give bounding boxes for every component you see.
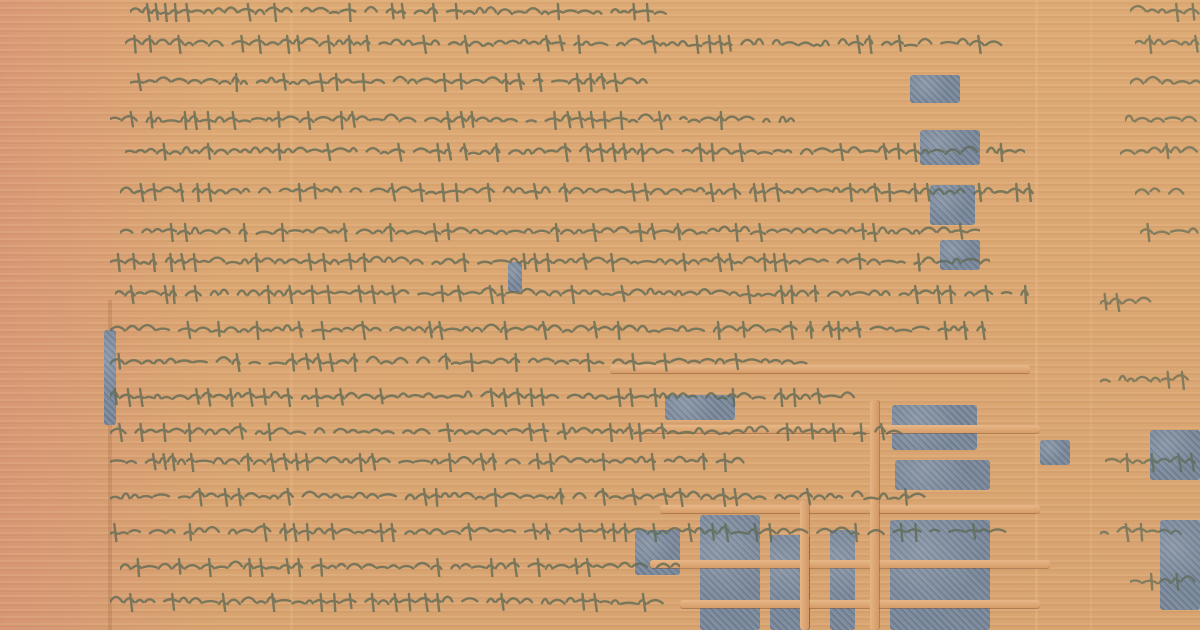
ink-text-line (1130, 70, 1200, 92)
ink-text-line (1120, 140, 1200, 162)
ink-text-line (110, 108, 800, 130)
ink-text-line (125, 32, 1005, 54)
ink-text-line (110, 450, 750, 472)
ink-text-line (1100, 368, 1190, 390)
ink-text-line (120, 180, 1040, 202)
loose-fiber (650, 560, 1050, 568)
lacuna (830, 530, 855, 630)
ink-text-line (110, 350, 810, 372)
vertical-fiber (1035, 0, 1038, 630)
ink-text-line (110, 590, 670, 612)
ink-text-line (1130, 0, 1200, 22)
ink-text-line (1140, 220, 1200, 242)
lacuna (910, 75, 960, 103)
ink-text-line (130, 70, 650, 92)
ink-text-line (110, 318, 990, 340)
ink-text-line (1130, 570, 1200, 592)
ink-text-line (110, 385, 860, 407)
loose-fiber (680, 600, 1040, 608)
ink-text-line (110, 250, 990, 272)
ink-text-line (1105, 450, 1200, 472)
ink-text-line (1135, 32, 1200, 54)
ink-text-line (125, 140, 1025, 162)
ink-text-line (120, 555, 680, 577)
ink-text-line (1100, 520, 1190, 542)
ink-text-line (130, 0, 670, 22)
ink-text-line (120, 220, 980, 242)
ink-text-line (115, 282, 1035, 304)
ink-text-line (110, 420, 910, 442)
vertical-fiber (1090, 0, 1092, 630)
lacuna (1040, 440, 1070, 465)
ink-text-line (110, 520, 1010, 542)
ink-text-line (1125, 108, 1200, 130)
lacuna (104, 330, 116, 425)
papyrus-photo (0, 0, 1200, 630)
ink-text-line (110, 485, 930, 507)
ink-text-line (1135, 180, 1200, 202)
ink-text-line (1100, 290, 1160, 312)
